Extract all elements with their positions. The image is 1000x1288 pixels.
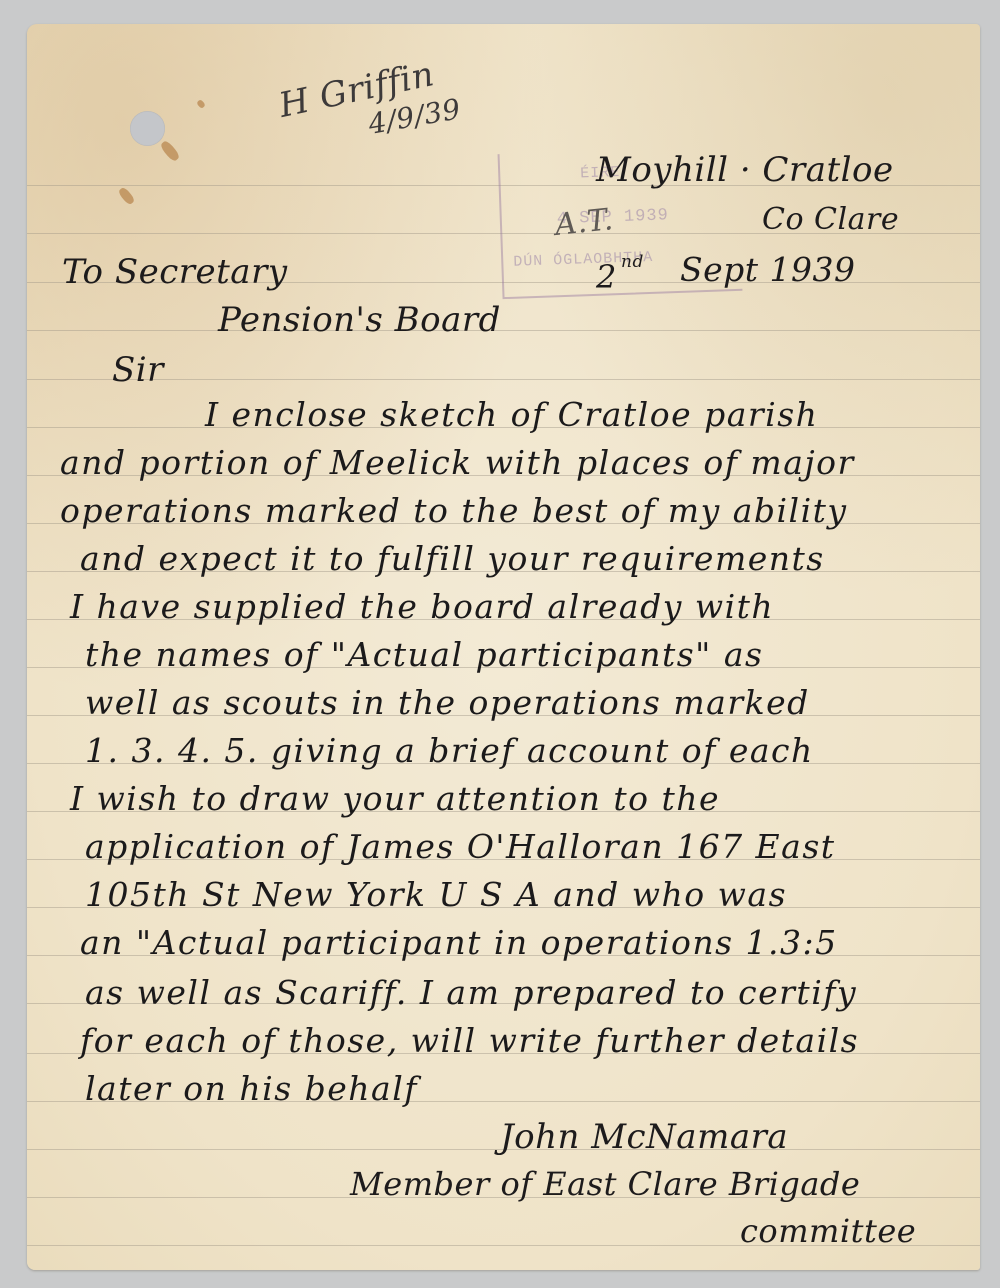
signature-name: John McNamara xyxy=(500,1117,788,1157)
body-line: well as scouts in the operations marked xyxy=(85,683,810,722)
body-line: the names of "Actual participants" as xyxy=(85,635,763,674)
body-line: I wish to draw your attention to the xyxy=(70,779,720,818)
body-line: I have supplied the board already with xyxy=(70,587,774,626)
body-line: and portion of Meelick with places of ma… xyxy=(60,443,855,482)
address-line-2: Co Clare xyxy=(762,202,899,237)
ruled-line xyxy=(27,330,980,331)
punch-hole xyxy=(130,111,165,146)
body-line: operations marked to the best of my abil… xyxy=(60,491,848,530)
body-line: 1. 3. 4. 5. giving a brief account of ea… xyxy=(85,731,814,770)
recipient-line-1: To Secretary xyxy=(62,252,288,292)
address-line-1: Moyhill · Cratloe xyxy=(596,150,894,190)
body-line: an "Actual participant in operations 1.3… xyxy=(80,923,838,962)
body-line: for each of those, will write further de… xyxy=(80,1021,859,1060)
signature-title-line-1: Member of East Clare Brigade xyxy=(350,1165,860,1203)
pencil-initials: A.T. xyxy=(553,202,615,243)
body-line: later on his behalf xyxy=(85,1069,418,1108)
body-line: as well as Scariff. I am prepared to cer… xyxy=(85,973,857,1012)
body-line: application of James O'Halloran 167 East xyxy=(85,827,836,866)
body-line: I enclose sketch of Cratloe parish xyxy=(205,395,818,434)
ruled-line xyxy=(27,379,980,380)
date-rest: Sept 1939 xyxy=(680,250,856,289)
body-line: 105th St New York U S A and who was xyxy=(85,875,787,914)
date-suffix: nd xyxy=(621,252,644,272)
recipient-line-2: Pension's Board xyxy=(218,300,501,340)
salutation: Sir xyxy=(112,350,164,390)
signature-title-line-2: committee xyxy=(740,1212,916,1250)
date-day: 2 xyxy=(596,258,617,296)
body-line: and expect it to fulfill your requiremen… xyxy=(80,539,825,578)
